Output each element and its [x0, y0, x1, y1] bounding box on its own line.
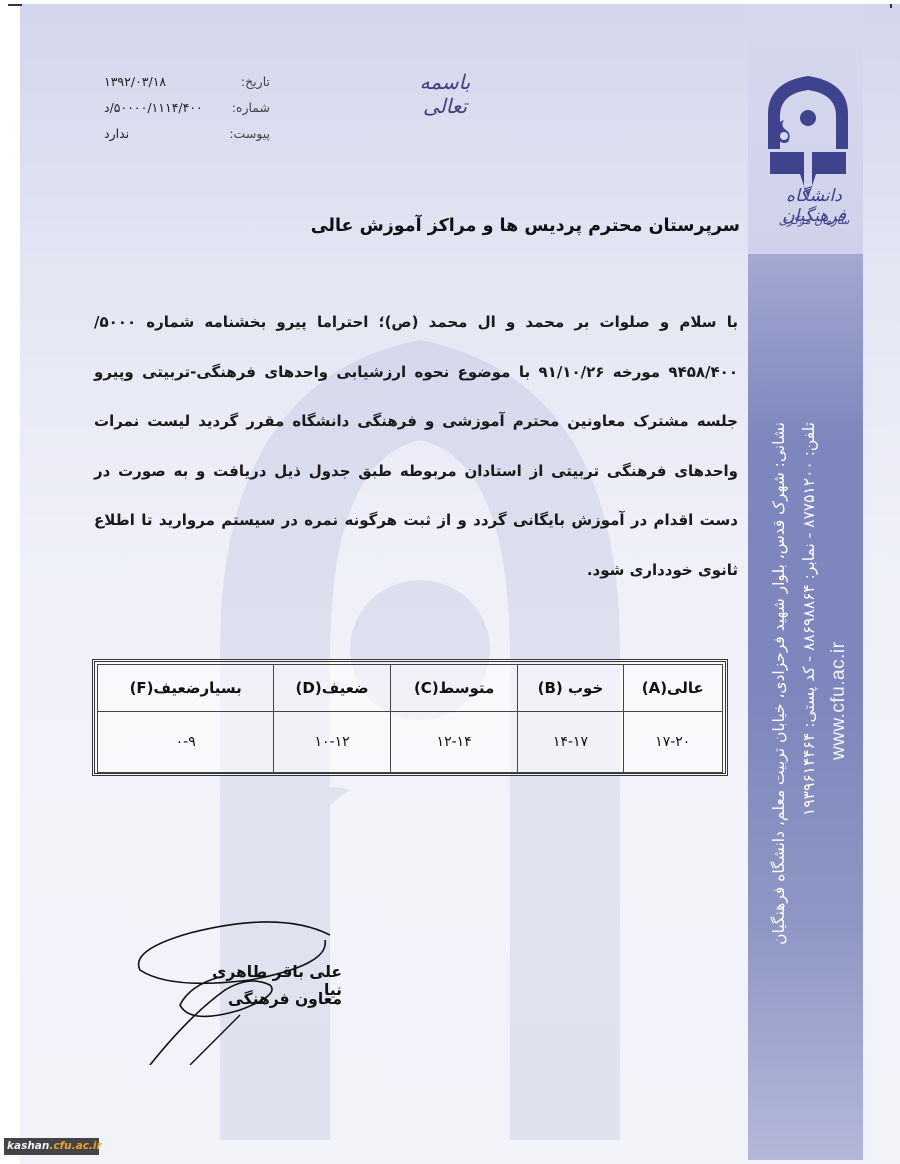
- source-site-badge[interactable]: kashan.cfu.ac.ir: [4, 1138, 99, 1155]
- table-header-cell: عالی(A): [623, 665, 723, 712]
- meta-date-row: تاریخ: ۱۳۹۲/۰۳/۱۸: [100, 68, 270, 94]
- letter-body: با سلام و صلوات بر محمد و ال محمد (ص)؛ ا…: [94, 298, 738, 595]
- table-header-cell: متوسط(C): [390, 665, 518, 712]
- table-row: ۱۷-۲۰ ۱۴-۱۷ ۱۲-۱۴ ۱۰-۱۲ ۰-۹: [98, 712, 723, 773]
- crop-mark: [890, 4, 892, 8]
- attachment-value: ندارد: [100, 126, 225, 141]
- table-header-cell: خوب (B): [518, 665, 623, 712]
- sidebar-address: نشانی: شهرک قدس، بلوار شهید فرحزادی، خیا…: [770, 422, 788, 962]
- date-value: ۱۳۹۲/۰۳/۱۸: [100, 74, 225, 89]
- table-cell: ۱۷-۲۰: [623, 712, 723, 773]
- number-label: شماره:: [225, 100, 270, 115]
- invocation-heading: باسمه تعالی: [400, 70, 490, 118]
- number-value: ۵۰۰۰۰/۱۱۱۴/۴۰۰/د: [100, 100, 225, 115]
- signer-title: معاون فرهنگی: [200, 990, 342, 1008]
- sidebar-website: www.cfu.ac.ir: [828, 642, 850, 760]
- site-suffix: .cfu.ac.ir: [49, 1140, 101, 1152]
- crop-mark: [8, 4, 22, 6]
- organization-subtitle: سازمان مرکزی: [768, 214, 860, 227]
- table-cell: ۱۰-۱۲: [274, 712, 391, 773]
- table-cell: ۰-۹: [98, 712, 274, 773]
- addressee: سرپرستان محترم پردیس ها و مراکز آموزش عا…: [300, 216, 740, 236]
- table-cell: ۱۴-۱۷: [518, 712, 623, 773]
- date-label: تاریخ:: [225, 74, 270, 89]
- table-header-row: عالی(A) خوب (B) متوسط(C) ضعیف(D) بسیارضع…: [98, 665, 723, 712]
- letter-meta: تاریخ: ۱۳۹۲/۰۳/۱۸ شماره: ۵۰۰۰۰/۱۱۱۴/۴۰۰/…: [100, 68, 270, 146]
- meta-attachment-row: پیوست: ندارد: [100, 120, 270, 146]
- attachment-label: پیوست:: [225, 126, 270, 141]
- grade-table: عالی(A) خوب (B) متوسط(C) ضعیف(D) بسیارضع…: [92, 659, 728, 776]
- meta-number-row: شماره: ۵۰۰۰۰/۱۱۱۴/۴۰۰/د: [100, 94, 270, 120]
- sidebar-contact: تلفن: ۸۷۷۵۱۲۰۰ - نمابر: ۸۸۶۹۸۸۶۴ - کد پس…: [800, 422, 818, 962]
- table-header-cell: ضعیف(D): [274, 665, 391, 712]
- site-prefix: kashan: [7, 1140, 49, 1152]
- table-header-cell: بسیارضعیف(F): [98, 665, 274, 712]
- table-cell: ۱۲-۱۴: [390, 712, 518, 773]
- farhangian-university-logo-icon: [758, 74, 858, 204]
